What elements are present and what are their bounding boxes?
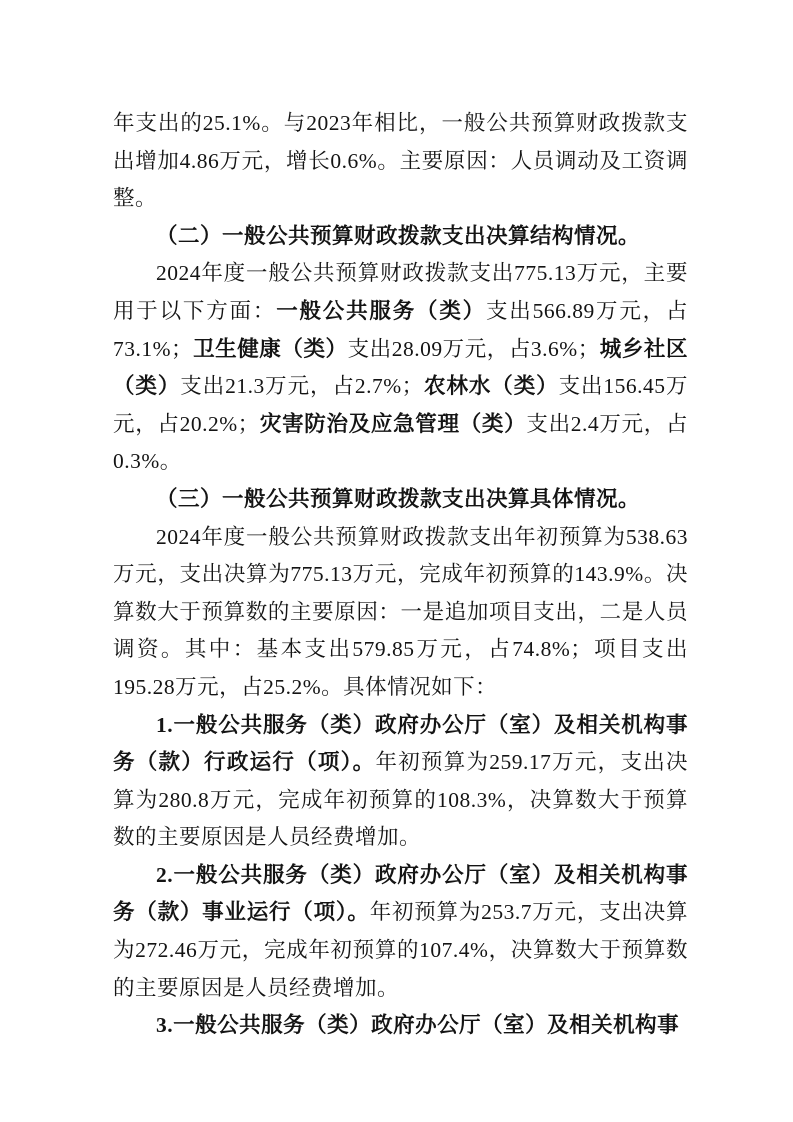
paragraph: 1.一般公共服务（类）政府办公厅（室）及相关机构事务（款）行政运行（项）。年初预… [113,707,688,857]
text-run: 支出21.3万元，占2.7%； [180,374,423,398]
emphasized-text-run: （三）一般公共预算财政拨款支出决算具体情况。 [156,487,640,511]
text-run: 2024年度一般公共预算财政拨款支出年初预算为538.63万元，支出决算为775… [113,525,688,699]
paragraph: 2024年度一般公共预算财政拨款支出年初预算为538.63万元，支出决算为775… [113,519,688,707]
paragraph: 3.一般公共服务（类）政府办公厅（室）及相关机构事 [113,1007,688,1045]
document-page: 年支出的25.1%。与2023年相比，一般公共预算财政拨款支出增加4.86万元，… [0,0,793,1122]
emphasized-text-run: 一般公共服务（类） [276,299,486,323]
text-run: 年支出的25.1%。与2023年相比，一般公共预算财政拨款支出增加4.86万元，… [113,111,688,210]
section-heading: （三）一般公共预算财政拨款支出决算具体情况。 [113,481,688,519]
paragraph: 年支出的25.1%。与2023年相比，一般公共预算财政拨款支出增加4.86万元，… [113,105,688,218]
emphasized-text-run: （二）一般公共预算财政拨款支出决算结构情况。 [156,224,640,248]
emphasized-text-run: 卫生健康（类） [193,337,348,361]
emphasized-text-run: 农林水（类） [424,374,559,398]
emphasized-text-run: 3.一般公共服务（类）政府办公厅（室）及相关机构事 [156,1013,679,1037]
emphasized-text-run: 灾害防治及应急管理（类） [260,412,527,436]
section-heading: （二）一般公共预算财政拨款支出决算结构情况。 [113,218,688,256]
document-text-block: 年支出的25.1%。与2023年相比，一般公共预算财政拨款支出增加4.86万元，… [113,105,688,1045]
paragraph: 2.一般公共服务（类）政府办公厅（室）及相关机构事务（款）事业运行（项）。年初预… [113,857,688,1007]
paragraph: 2024年度一般公共预算财政拨款支出775.13万元，主要用于以下方面：一般公共… [113,255,688,481]
text-run: 支出28.09万元，占3.6%； [348,337,600,361]
